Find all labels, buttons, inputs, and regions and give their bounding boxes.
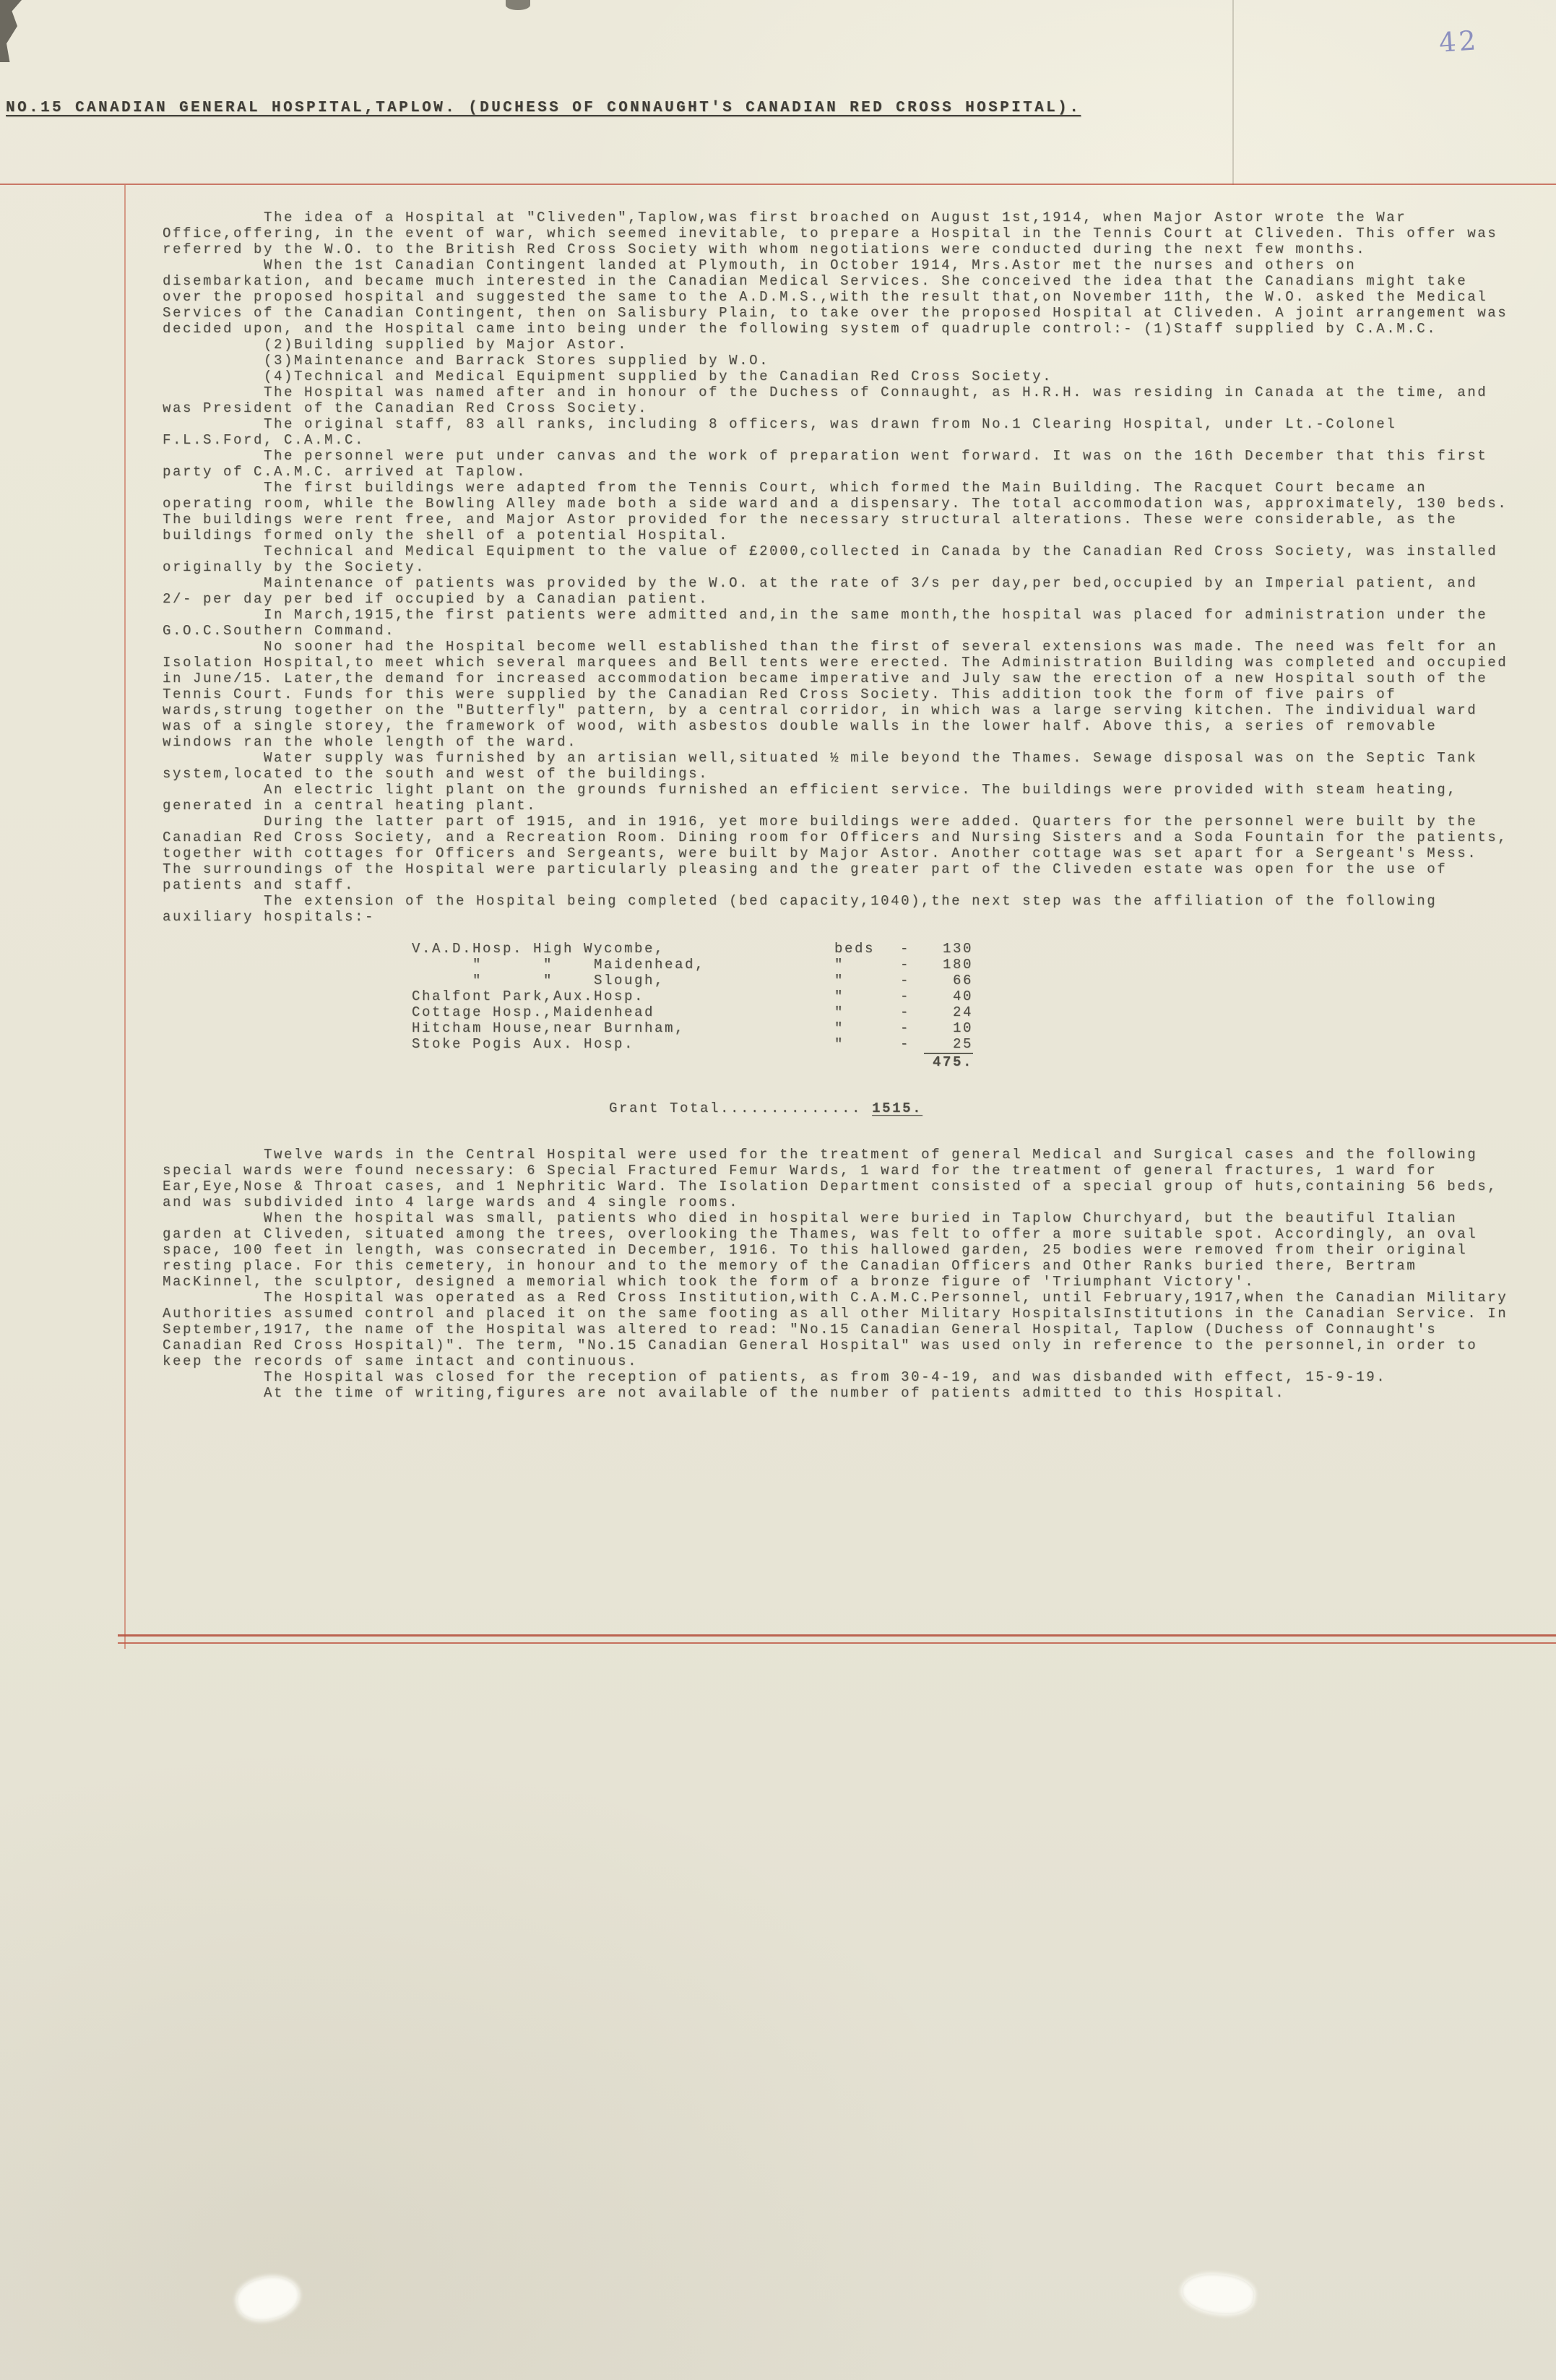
beds-count: 24 [924,1004,973,1020]
paragraph-hospital-idea: The idea of a Hospital at "Cliveden",Tap… [163,210,1515,257]
document-title: NO.15 CANADIAN GENERAL HOSPITAL,TAPLOW. … [6,100,1436,116]
paragraph-first-buildings: The first buildings were adapted from th… [163,480,1515,543]
beds-label: " [834,973,886,988]
beds-label: " [834,957,886,973]
beds-count: 130 [924,941,973,957]
beds-count: 66 [924,973,973,988]
beds-count: 10 [924,1020,973,1036]
dash-separator: - [886,973,924,988]
auxiliary-hospitals-table: V.A.D.Hosp. High Wycombe, beds - 130 " "… [412,941,1515,1070]
paper-crease [1232,0,1234,185]
paragraph-wards-description: Twelve wards in the Central Hospital wer… [163,1147,1515,1210]
beds-label: " [834,988,886,1004]
paragraph-red-cross-institution: The Hospital was operated as a Red Cross… [163,1290,1515,1369]
paragraph-electric-plant: An electric light plant on the grounds f… [163,782,1515,814]
table-row: Chalfont Park,Aux.Hosp. " - 40 [412,988,1515,1004]
beds-count: 25 [924,1036,973,1054]
paragraph-cemetery-memorial: When the hospital was small, patients wh… [163,1210,1515,1290]
paper-damage-patch [1180,2270,1256,2318]
table-row: V.A.D.Hosp. High Wycombe, beds - 130 [412,941,1515,957]
handwritten-page-number: 42 [1438,25,1480,59]
paragraph-naming: The Hospital was named after and in hono… [163,384,1515,416]
hospital-name: " " Maidenhead, [412,957,834,973]
paragraph-personnel-canvas: The personnel were put under canvas and … [163,448,1515,480]
paragraph-equipment-value: Technical and Medical Equipment to the v… [163,543,1515,575]
bottom-red-rule-upper [118,1634,1556,1637]
paragraph-water-supply: Water supply was furnished by an artisia… [163,750,1515,782]
grand-total-line: Grant Total.............. 1515. [609,1100,1515,1116]
grand-total-value: 1515. [872,1100,922,1116]
paragraph-affiliation-intro: The extension of the Hospital being comp… [163,893,1515,925]
table-subtotal-row: 475. [412,1054,1515,1070]
table-row: " " Maidenhead, " - 180 [412,957,1515,973]
paragraph-contingent-landing: When the 1st Canadian Contingent landed … [163,257,1515,337]
hospital-name: Cottage Hosp.,Maidenhead [412,1004,834,1020]
hospital-name: " " Slough, [412,973,834,988]
beds-count: 40 [924,988,973,1004]
paper-damage-patch [233,2270,303,2326]
hospital-name: Hitcham House,near Burnham, [412,1020,834,1036]
dash-separator: - [886,1020,924,1036]
scanned-document-page: 42 NO.15 CANADIAN GENERAL HOSPITAL,TAPLO… [0,0,1556,2380]
beds-subtotal: 475. [924,1054,973,1070]
table-row: " " Slough, " - 66 [412,973,1515,988]
table-row: Stoke Pogis Aux. Hosp. " - 25 [412,1036,1515,1054]
beds-label: " [834,1004,886,1020]
paragraph-extensions: No sooner had the Hospital become well e… [163,639,1515,750]
hospital-name: V.A.D.Hosp. High Wycombe, [412,941,834,957]
dash-separator: - [886,957,924,973]
grand-total-label: Grant Total.............. [609,1100,872,1116]
scan-top-smudge [506,0,530,10]
table-row: Hitcham House,near Burnham, " - 10 [412,1020,1515,1036]
hospital-name: Chalfont Park,Aux.Hosp. [412,988,834,1004]
dash-separator: - [886,988,924,1004]
paragraph-more-buildings: During the latter part of 1915, and in 1… [163,814,1515,893]
paragraph-closure: The Hospital was closed for the receptio… [163,1369,1515,1385]
table-row: Cottage Hosp.,Maidenhead " - 24 [412,1004,1515,1020]
beds-label: " [834,1020,886,1036]
beds-count: 180 [924,957,973,973]
left-margin-red-rule [124,185,126,1649]
scan-edge-smudge [0,0,22,62]
paragraph-figures-unavailable: At the time of writing,figures are not a… [163,1385,1515,1401]
control-list-item-4: (4)Technical and Medical Equipment suppl… [264,368,1515,384]
dash-separator: - [886,1036,924,1052]
beds-label: " [834,1036,886,1052]
control-list-item-3: (3)Maintenance and Barrack Stores suppli… [264,353,1515,368]
paragraph-maintenance-rates: Maintenance of patients was provided by … [163,575,1515,607]
paragraph-first-patients: In March,1915,the first patients were ad… [163,607,1515,639]
top-red-rule [0,184,1556,185]
hospital-name: Stoke Pogis Aux. Hosp. [412,1036,834,1052]
typewritten-body: The idea of a Hospital at "Cliveden",Tap… [163,210,1515,1401]
dash-separator: - [886,1004,924,1020]
paragraph-original-staff: The original staff, 83 all ranks, includ… [163,416,1515,448]
bottom-red-rule-lower [118,1642,1556,1644]
control-list-item-2: (2)Building supplied by Major Astor. [264,337,1515,353]
dash-separator: - [886,941,924,957]
beds-label: beds [834,941,886,957]
